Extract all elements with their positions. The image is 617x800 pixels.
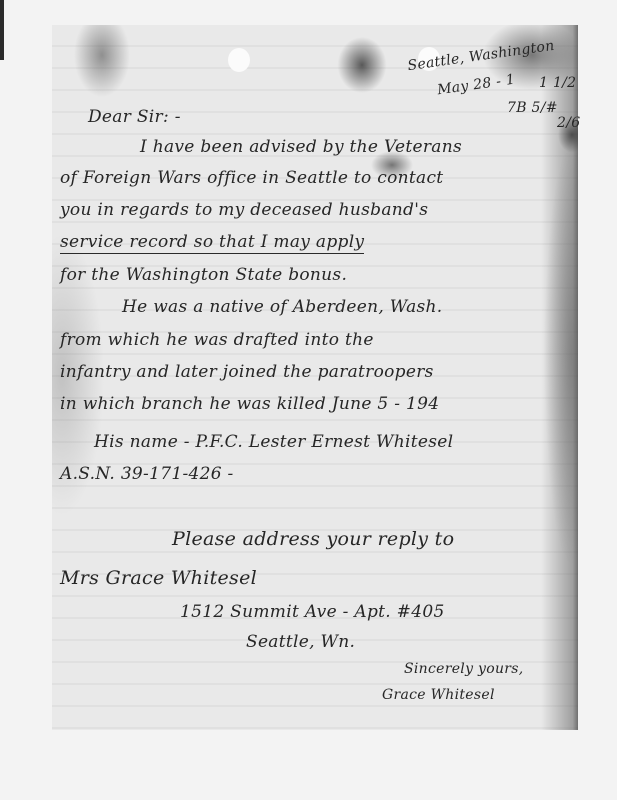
letter-salutation: Dear Sir: - bbox=[88, 107, 181, 127]
letter-closing: Sincerely yours, bbox=[404, 661, 524, 677]
letter-p2-line1: He was a native of Aberdeen, Wash. bbox=[122, 297, 443, 317]
letter-soldier-name: His name - P.F.C. Lester Ernest Whitesel bbox=[94, 432, 453, 452]
letter-signature: Grace Whitesel bbox=[382, 687, 495, 703]
letter-p1-line3: you in regards to my deceased husband's bbox=[60, 200, 428, 220]
letter-p1-line5: for the Washington State bonus. bbox=[60, 265, 347, 285]
letter-p1-line1: I have been advised by the Veterans bbox=[140, 137, 462, 157]
letter-p1-line2: of Foreign Wars office in Seattle to con… bbox=[60, 168, 443, 188]
letter-place: Seattle, Washington bbox=[407, 38, 556, 74]
letter-annotation-3: 2/6 bbox=[557, 115, 580, 131]
letter-reply-city: Seattle, Wn. bbox=[246, 632, 355, 652]
punch-hole-left bbox=[228, 48, 250, 72]
letter-reply-name: Mrs Grace Whitesel bbox=[60, 567, 257, 589]
letter-p1-line3-text: you in regards to my deceased husband's bbox=[60, 200, 428, 220]
letter-p1-line4: service record so that I may apply bbox=[60, 232, 364, 254]
letter-annotation-2: 7B 5/# bbox=[507, 100, 558, 116]
letter-p2-line2: from which he was drafted into the bbox=[60, 330, 374, 350]
scan-page-edge bbox=[0, 0, 4, 60]
letter-p2-line4: in which branch he was killed June 5 - 1… bbox=[60, 394, 439, 414]
letter-reply-street: 1512 Summit Ave - Apt. #405 bbox=[180, 602, 445, 622]
letter-reply-instruction: Please address your reply to bbox=[172, 528, 454, 550]
letter-service-number: A.S.N. 39-171-426 - bbox=[60, 464, 234, 484]
letter-p2-line3: infantry and later joined the paratroope… bbox=[60, 362, 434, 382]
letter-annotation-1: 1 1/2 bbox=[539, 75, 576, 91]
scanned-letter: Seattle, Washington May 28 - 1 1 1/2 7B … bbox=[52, 25, 578, 730]
letter-date: May 28 - 1 bbox=[436, 72, 516, 99]
